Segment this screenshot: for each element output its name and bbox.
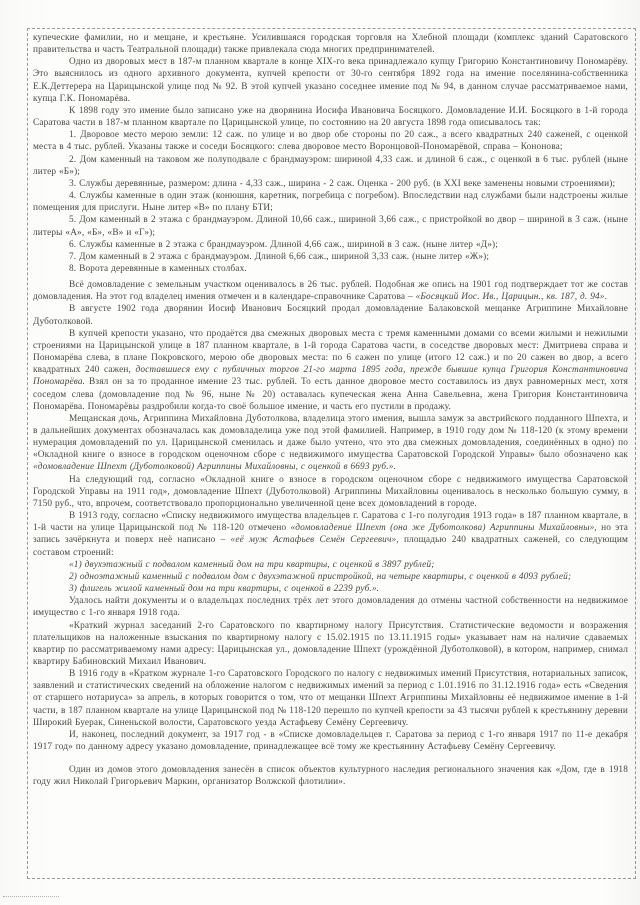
text-segment: В августе 1902 года дворянин Иосиф Ивано… [33, 304, 628, 326]
paragraph: 3) флигель жилой каменный дом на три ква… [33, 583, 628, 595]
paragraph: 3. Службы деревянные, размером: длина - … [33, 178, 628, 190]
text-segment: На следующий год, согласно «Окладной кни… [33, 475, 628, 509]
text-segment: Удалось найти документы и о владельцах п… [33, 596, 628, 618]
document-text-block: купеческие фамилии, но и мещане, и крест… [27, 28, 636, 879]
paragraph: 7. Дом каменный в 2 этажа с брандмауэром… [33, 251, 628, 263]
text-segment: купеческие фамилии, но и мещане, и крест… [33, 33, 628, 55]
text-segment: Один из домов этого домовладения занесён… [33, 765, 628, 787]
text-segment: «1) двухэтажный с подвалом каменный дом … [69, 560, 434, 570]
paragraph: В 1913 году, согласно «Списку недвижимог… [33, 510, 628, 559]
paragraph: В августе 1902 года дворянин Иосиф Ивано… [33, 303, 628, 327]
paragraph: На следующий год, согласно «Окладной кни… [33, 474, 628, 510]
text-segment: В 1916 году в «Кратком журнале 1-го Сара… [33, 669, 628, 728]
paragraph: И, наконец, последний документ, за 1917 … [33, 729, 628, 753]
text-segment: «Босяцкий Иос. Ив., Царицын., кв. 187, д… [416, 292, 605, 302]
text-segment: К 1898 году это имение было записано уже… [33, 106, 628, 128]
text-segment: 8. Ворота деревянные в каменных столбах. [69, 264, 247, 274]
text-segment: 5. Дом каменный в 2 этажа с брандмауэром… [33, 215, 628, 237]
text-segment: Взял он за то проданное имение 23 тыс. р… [33, 377, 628, 411]
paragraph: Один из домов этого домовладения занесён… [33, 764, 628, 788]
text-segment: Мещанская дочь, Агриппина Михайловна Дуб… [33, 414, 628, 460]
text-segment: 6. Службы каменные в 2 этажа с брандмауэ… [69, 240, 498, 250]
text-segment: Одно из дворовых мест в 187-м планном кв… [33, 57, 628, 103]
paragraph: В купчей крепости указано, что продаётся… [33, 328, 628, 413]
paragraph: Всё домовладение с земельным участком оц… [33, 279, 628, 303]
paragraph: 1. Дворовое место мерою земли: 12 саж. п… [33, 129, 628, 153]
text-segment: 2) одноэтажный каменный с подвалом дом с… [69, 572, 571, 582]
scanned-page: купеческие фамилии, но и мещане, и крест… [0, 0, 640, 905]
paragraph: 2) одноэтажный каменный с подвалом дом с… [33, 571, 628, 583]
paragraph: купеческие фамилии, но и мещане, и крест… [33, 32, 628, 56]
text-segment: «её муж Астафьев Семён Сергеевич» [231, 535, 397, 545]
text-segment: «Краткий журнал заседаний 2-го Саратовск… [33, 621, 628, 667]
scan-artifact-dotted-line [3, 896, 59, 897]
text-segment: 2. Дом каменный на таковом же полуподвал… [33, 155, 628, 177]
text-segment: . [605, 292, 607, 302]
text-segment: И, наконец, последний документ, за 1917 … [33, 730, 628, 752]
paragraph: К 1898 году это имение было записано уже… [33, 105, 628, 129]
text-segment: 4. Службы каменные в один этаж (конюшня,… [33, 191, 628, 213]
paragraph: Мещанская дочь, Агриппина Михайловна Дуб… [33, 413, 628, 474]
paragraph: «1) двухэтажный с подвалом каменный дом … [33, 559, 628, 571]
paragraph: 4. Службы каменные в один этаж (конюшня,… [33, 190, 628, 214]
paragraph: 2. Дом каменный на таковом же полуподвал… [33, 154, 628, 178]
text-segment: 7. Дом каменный в 2 этажа с брандмауэром… [69, 252, 489, 262]
paragraph: «Краткий журнал заседаний 2-го Саратовск… [33, 620, 628, 669]
text-segment: «домовладение Шпехт (Дуботолковой) Агрип… [33, 462, 396, 472]
paragraph: 8. Ворота деревянные в каменных столбах. [33, 263, 628, 275]
paragraph: 5. Дом каменный в 2 этажа с брандмауэром… [33, 214, 628, 238]
paragraph: Удалось найти документы и о владельцах п… [33, 595, 628, 619]
text-segment: 3. Службы деревянные, размером: длина - … [69, 179, 615, 189]
paragraph: 6. Службы каменные в 2 этажа с брандмауэ… [33, 239, 628, 251]
text-segment: 3) флигель жилой каменный дом на три ква… [69, 584, 379, 594]
text-segment: «домовладение Шпехт (она же Дуботолкова)… [291, 523, 595, 533]
text-segment: 1. Дворовое место мерою земли: 12 саж. п… [33, 130, 628, 152]
paragraph: Одно из дворовых мест в 187-м планном кв… [33, 56, 628, 105]
paragraph: В 1916 году в «Кратком журнале 1-го Сара… [33, 668, 628, 729]
